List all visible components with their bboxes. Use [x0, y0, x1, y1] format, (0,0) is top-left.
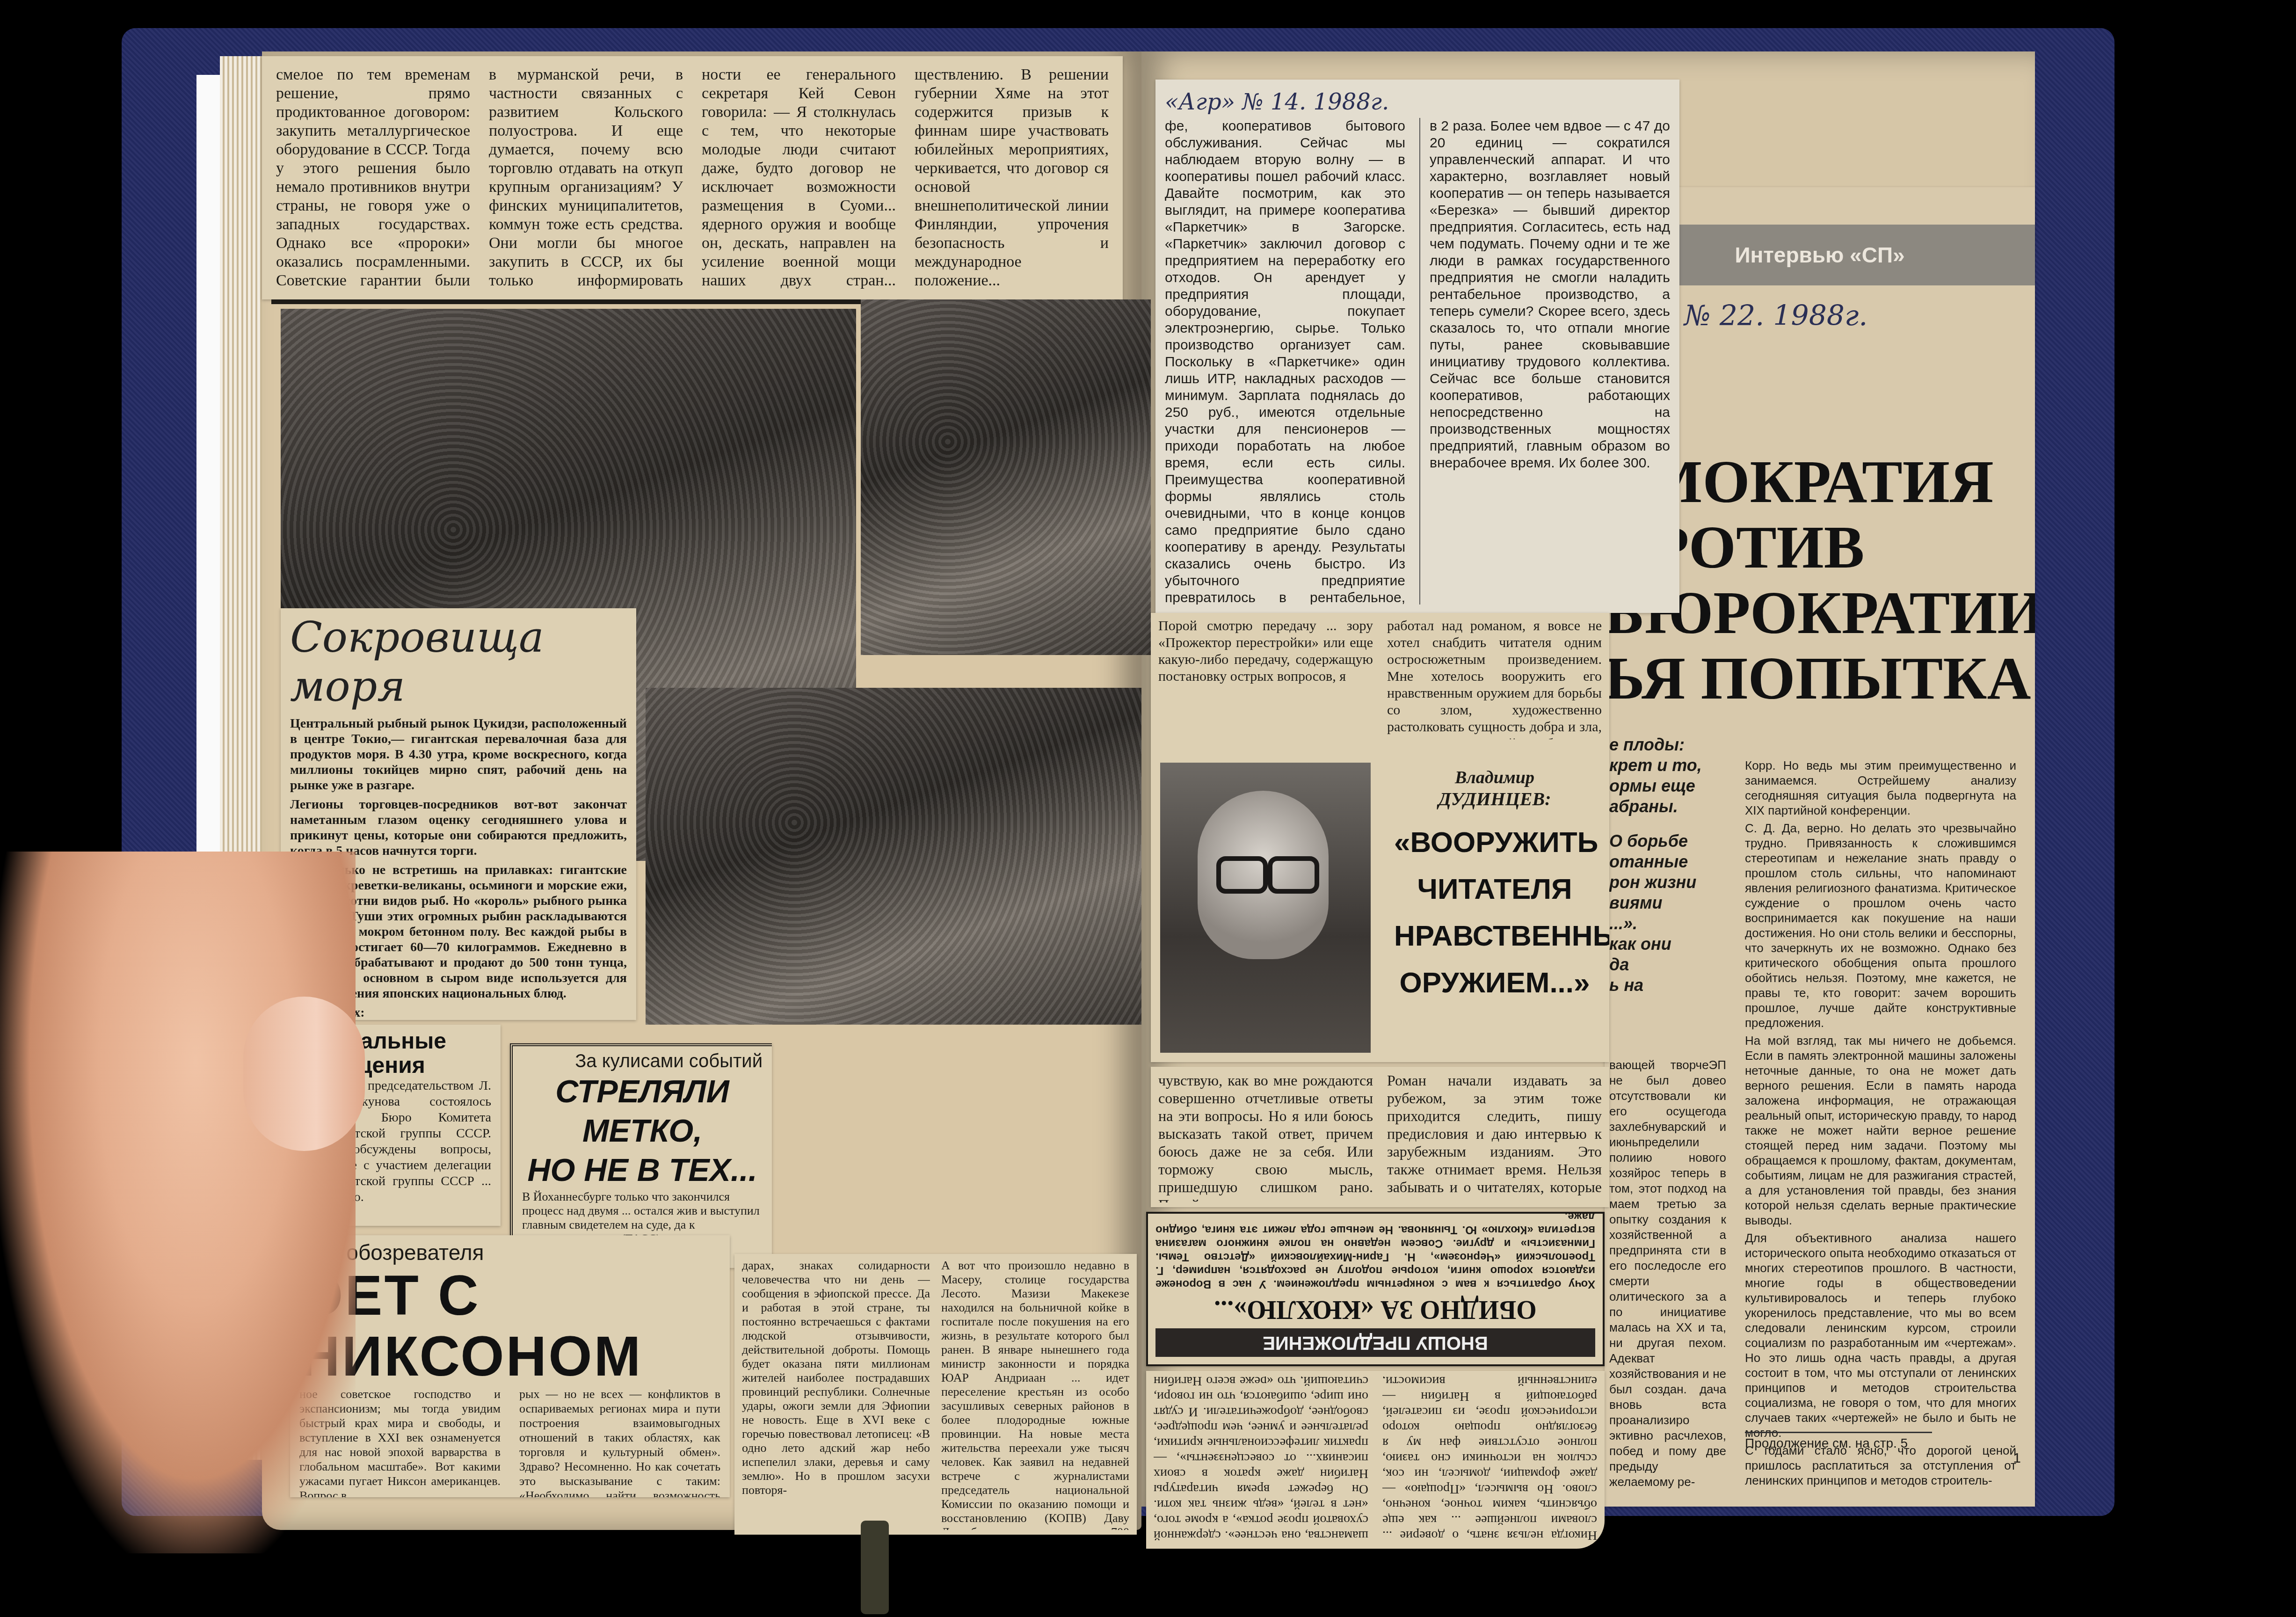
nagibin-col-2: шаманства, она честнее». сдержанной сухо… — [1154, 1377, 1368, 1543]
proposal-banner: ВНОШУ ПРЕДЛОЖЕНИЕ — [1155, 1328, 1595, 1357]
interview-band-label: Интервью «СП» — [1735, 242, 1904, 268]
interview-para: На мой взгляд, так мы ничего не добьемся… — [1745, 1033, 2016, 1228]
lead-line: О борьбе — [1609, 831, 1722, 852]
dudintsev-bottom-col-2: Роман начали издавать за рубежом, за эти… — [1387, 1071, 1602, 1202]
lead-line: рон жизни — [1609, 872, 1722, 893]
photo-tuna — [646, 688, 1141, 1025]
ethiopia-col-1: дарах, знаках солидарности человечества … — [742, 1259, 930, 1530]
proposal-title: ОБИДНО ЗА «КЮХЛЮ»... — [1155, 1295, 1595, 1325]
lead-line: отанные — [1609, 852, 1722, 872]
dudintsev-top-col-1: Порой смотрю передачу ... зору «Прожекто… — [1158, 618, 1373, 739]
quote-line: «ВООРУЖИТЬ — [1394, 819, 1595, 866]
lead-line: ормы еще — [1609, 776, 1722, 796]
lead-line: ...». — [1609, 913, 1722, 934]
lead-line: да — [1609, 954, 1722, 975]
lead-line: е плоды: — [1609, 735, 1722, 755]
quote-line: НРАВСТВЕННЫМ — [1394, 913, 1595, 960]
interview-para: С. Д. Да, верно. Но делать это чрезвычай… — [1745, 821, 2016, 1030]
nixon-col-2: рых — но не всех — конфликтов в оспарива… — [519, 1387, 720, 1497]
quote-line: ЧИТАТЕЛЯ — [1394, 866, 1595, 913]
headline-line: ЬЯ ПОПЫТКА — [1605, 646, 2035, 711]
photo-buyer — [861, 299, 1151, 655]
ethiopia-article-clipping: дарах, знаках солидарности человечества … — [734, 1254, 1137, 1535]
lead-line: абраны. — [1609, 796, 1722, 817]
thumb — [243, 997, 365, 1151]
headline-line-2: НО НЕ В ТЕХ... — [522, 1151, 763, 1190]
finland-col-3: ности ее генерального секретаря Кей Сево… — [702, 66, 896, 290]
page-number: 1 — [2013, 1450, 2021, 1466]
dudintsev-bottom-col-1: чувствую, как во мне рождаются совершенн… — [1158, 1071, 1373, 1202]
interview-left-col: вающей творчеЭП не был довео отсутствова… — [1609, 1057, 1726, 1490]
glasses-left-lens — [1216, 856, 1268, 894]
fish-para-2: Легионы торговцев-посредников вот-вот за… — [290, 797, 627, 859]
fish-market-title: Сокровища моря — [290, 613, 627, 711]
upside-down-columns: Никогда нельзя знать, о доверие ... слов… — [1154, 1377, 1597, 1543]
behind-scenes-body: В Йоханнесбурге только что закончился пр… — [522, 1190, 763, 1232]
finland-article-clipping: смелое по тем временам решение, прямо пр… — [262, 56, 1123, 299]
dudintsev-clipping: Порой смотрю передачу ... зору «Прожекто… — [1151, 613, 1609, 1062]
nixon-headline: ОЕТ С НИКСОНОМ — [299, 1265, 720, 1387]
glasses-right-lens — [1268, 856, 1319, 894]
bookmark-ribbon[interactable] — [861, 1521, 889, 1614]
interview-para: Корр. Но ведь мы этим преимущественно и … — [1745, 758, 2016, 818]
finland-col-1: смелое по тем временам решение, прямо пр… — [276, 66, 470, 290]
author-first-name: Владимир — [1394, 767, 1595, 788]
dudintsev-bottom-clipping: чувствую, как во мне рождаются совершенн… — [1151, 1067, 1609, 1207]
cooperative-clipping: «Агр» № 14. 1988г. фе, кооперативов быто… — [1155, 80, 1679, 613]
dudintsev-quote: Владимир ДУДИНЦЕВ: «ВООРУЖИТЬ ЧИТАТЕЛЯ Н… — [1394, 767, 1595, 1006]
dudintsev-top-col-2: работал над романом, я вовсе не хотел сн… — [1387, 618, 1602, 739]
ethiopia-col-2: А вот что произошло недавно в Масеру, ст… — [941, 1259, 1129, 1530]
cooperative-col-1: фе, кооперативов бытового обслуживания. … — [1165, 118, 1405, 605]
interview-para: Для объективного анализа нашего историче… — [1745, 1231, 2016, 1440]
finland-col-4: ществлению. В решении губернии Хяме на э… — [915, 66, 1109, 290]
nixon-article-clipping: кого обозревателя ОЕТ С НИКСОНОМ ное сов… — [290, 1235, 730, 1497]
holding-hand — [0, 852, 356, 1553]
lead-line: как они — [1609, 934, 1722, 954]
cooperative-col-2: в 2 раза. Более чем вдвое — с 47 до 20 е… — [1419, 118, 1670, 605]
author-last-name: ДУДИНЦЕВ: — [1394, 788, 1595, 810]
upside-down-nagibin-clipping: Никогда нельзя знать, о доверие ... слов… — [1146, 1371, 1605, 1549]
fish-para-1: Центральный рыбный рынок Цукидзи, распол… — [290, 716, 627, 793]
upside-down-proposal-clipping: ВНОШУ ПРЕДЛОЖЕНИЕ ОБИДНО ЗА «КЮХЛЮ»... Х… — [1146, 1212, 1605, 1366]
behind-scenes-clipping: За кулисами событий СТРЕЛЯЛИ МЕТКО, НО Н… — [510, 1043, 772, 1268]
interview-right-col: Корр. Но ведь мы этим преимущественно и … — [1745, 758, 2016, 1491]
lead-line: ь на — [1609, 975, 1722, 996]
dudintsev-portrait — [1160, 763, 1371, 1053]
finland-col-4-text: ществлению. В решении губернии Хяме на э… — [915, 66, 1109, 290]
lead-line: виями — [1609, 893, 1722, 913]
observer-kicker: кого обозревателя — [299, 1240, 720, 1265]
quote-line: ОРУЖИЕМ...» — [1394, 960, 1595, 1006]
headline-line-1: СТРЕЛЯЛИ МЕТКО, — [522, 1072, 763, 1151]
proposal-body: Хочу обратиться к вам с конкретным предл… — [1155, 1212, 1595, 1291]
continuation-note: Продолжение см. на стр. 5 — [1745, 1432, 1932, 1451]
finland-col-2: в мурманской речи, в частности связанных… — [489, 66, 683, 290]
upside-down-content: ВНОШУ ПРЕДЛОЖЕНИЕ ОБИДНО ЗА «КЮХЛЮ»... Х… — [1155, 1221, 1595, 1357]
handwritten-issue-note: «Агр» № 14. 1988г. — [1165, 89, 1670, 115]
behind-scenes-kicker: За кулисами событий — [522, 1051, 763, 1072]
handwritten-issue-note: № 22. 1988г. — [1684, 299, 1867, 332]
nagibin-col-1: Никогда нельзя знать, о доверие ... слов… — [1382, 1377, 1597, 1543]
lead-line: крет и то, — [1609, 755, 1722, 776]
interview-lead: е плоды: крет и то, ормы еще абраны. О б… — [1609, 735, 1722, 996]
